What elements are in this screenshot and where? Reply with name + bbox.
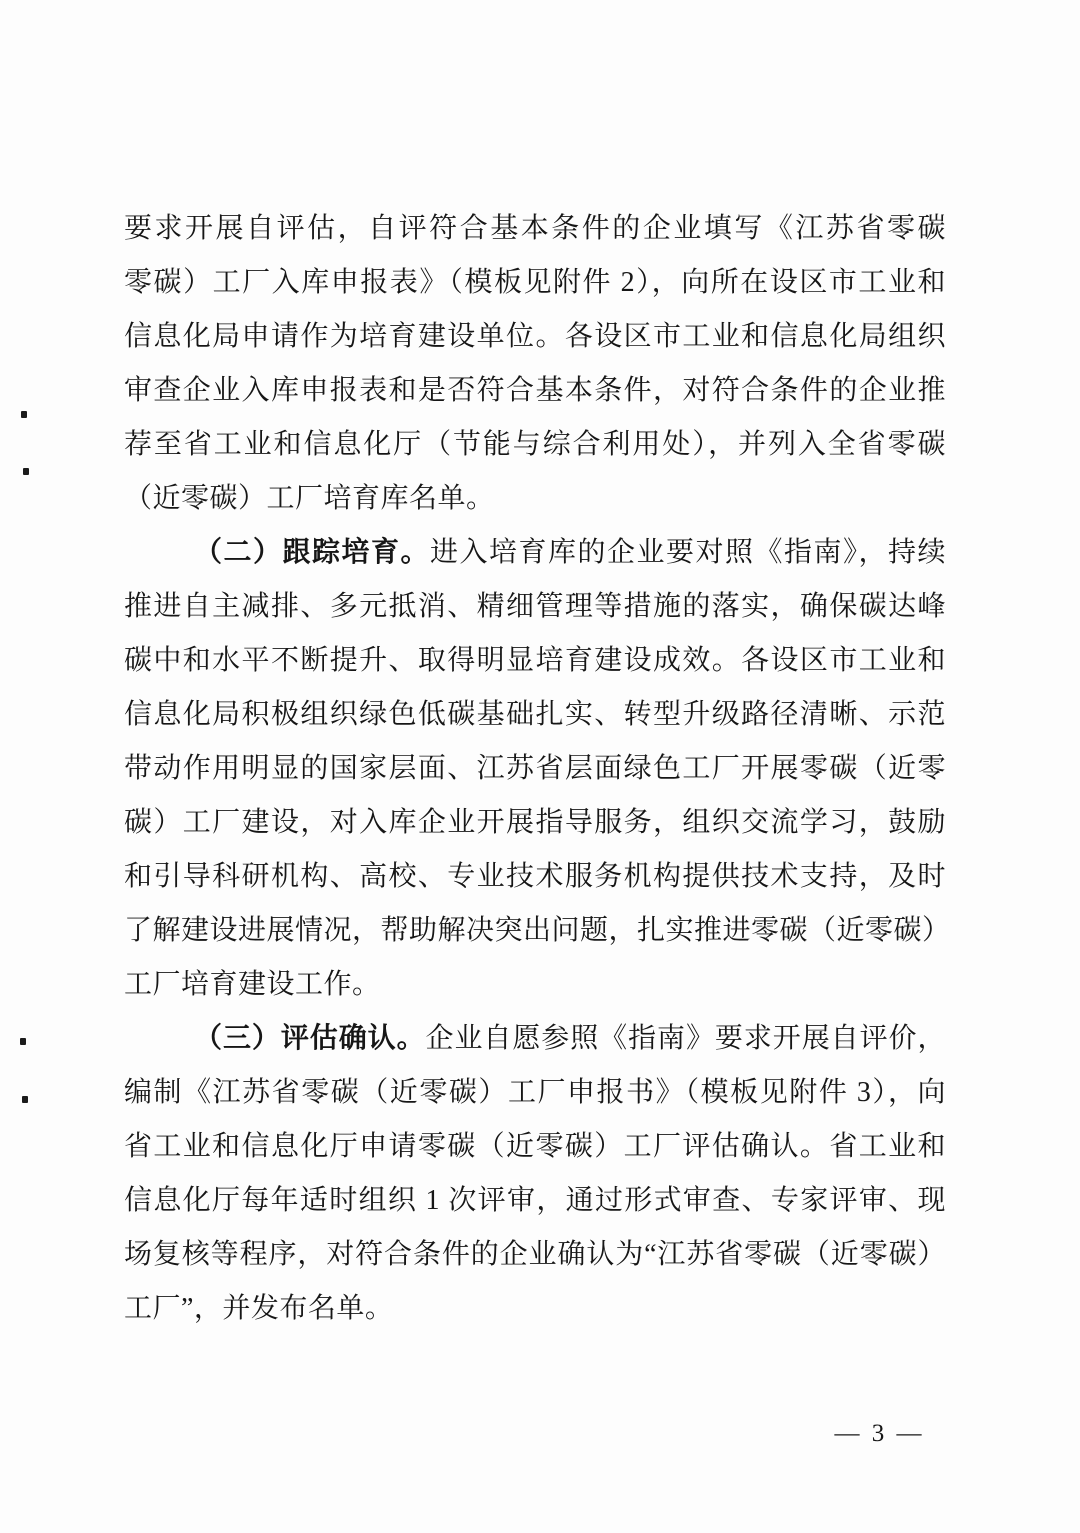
margin-dot [21, 411, 27, 418]
text-line: 碳）工厂建设，对入库企业开展指导服务，组织交流学习，鼓励 [124, 796, 946, 850]
page-number: — 3 — [822, 1418, 937, 1450]
text-line: 审查企业入库申报表和是否符合基本条件，对符合条件的企业推 [124, 364, 946, 418]
margin-dot [22, 1096, 28, 1103]
text-line: 荐至省工业和信息化厅（节能与综合利用处），并列入全省零碳 [124, 418, 946, 472]
line-text: 碳中和水平不断提升、取得明显培育建设成效。各设区市工业和 [124, 645, 946, 676]
line-text: 零碳）工厂入库申报表》（模板见附件 2），向所在设区市工业和 [124, 267, 946, 298]
text-line: （二）跟踪培育。进入培育库的企业要对照《指南》，持续 [124, 526, 946, 580]
line-text: 编制《江苏省零碳（近零碳）工厂申报书》（模板见附件 3），向 [124, 1077, 946, 1108]
text-line: （三）评估确认。企业自愿参照《指南》要求开展自评价， [124, 1012, 946, 1066]
text-line: 碳中和水平不断提升、取得明显培育建设成效。各设区市工业和 [124, 634, 946, 688]
text-line: （近零碳）工厂培育库名单。 [124, 472, 946, 526]
document-body: 要求开展自评估，自评符合基本条件的企业填写《江苏省零碳（近 零碳）工厂入库申报表… [124, 202, 946, 1336]
document-page: 要求开展自评估，自评符合基本条件的企业填写《江苏省零碳（近 零碳）工厂入库申报表… [0, 0, 1080, 1533]
line-text: 审查企业入库申报表和是否符合基本条件，对符合条件的企业推 [124, 375, 946, 406]
paragraph-heading: （三）评估确认。 [194, 1023, 426, 1054]
line-text: 省工业和信息化厅申请零碳（近零碳）工厂评估确认。省工业和 [124, 1131, 946, 1162]
text-line: 编制《江苏省零碳（近零碳）工厂申报书》（模板见附件 3），向 [124, 1066, 946, 1120]
line-text: 要求开展自评估，自评符合基本条件的企业填写《江苏省零碳（近 [124, 213, 946, 256]
text-line: 推进自主减排、多元抵消、精细管理等措施的落实，确保碳达峰 [124, 580, 946, 634]
line-text: 信息化局申请作为培育建设单位。各设区市工业和信息化局组织 [124, 321, 946, 352]
paragraph-heading: （二）跟踪培育。 [194, 537, 430, 568]
line-text: 进入培育库的企业要对照《指南》，持续 [430, 537, 946, 568]
margin-dot [20, 1038, 26, 1045]
line-text: 推进自主减排、多元抵消、精细管理等措施的落实，确保碳达峰 [124, 591, 946, 622]
line-text: 碳）工厂建设，对入库企业开展指导服务，组织交流学习，鼓励 [124, 807, 946, 838]
line-text: （近零碳）工厂培育库名单。 [124, 483, 495, 514]
line-text: 企业自愿参照《指南》要求开展自评价， [426, 1023, 946, 1054]
line-text: 场复核等程序，对符合条件的企业确认为“江苏省零碳（近零碳） [124, 1239, 946, 1270]
line-text: 和引导科研机构、高校、专业技术服务机构提供技术支持，及时 [124, 861, 946, 892]
line-text: 信息化局积极组织绿色低碳基础扎实、转型升级路径清晰、示范 [124, 699, 946, 730]
text-line: 零碳）工厂入库申报表》（模板见附件 2），向所在设区市工业和 [124, 256, 946, 310]
text-line: 工厂”，并发布名单。 [124, 1282, 946, 1336]
line-text: 信息化厅每年适时组织 1 次评审，通过形式审查、专家评审、现 [124, 1185, 946, 1216]
text-line: 信息化局积极组织绿色低碳基础扎实、转型升级路径清晰、示范 [124, 688, 946, 742]
line-text: 工厂培育建设工作。 [124, 969, 381, 1000]
text-line: 工厂培育建设工作。 [124, 958, 946, 1012]
text-line: 省工业和信息化厅申请零碳（近零碳）工厂评估确认。省工业和 [124, 1120, 946, 1174]
text-line: 和引导科研机构、高校、专业技术服务机构提供技术支持，及时 [124, 850, 946, 904]
line-text: 荐至省工业和信息化厅（节能与综合利用处），并列入全省零碳 [124, 429, 946, 460]
text-line: 带动作用明显的国家层面、江苏省层面绿色工厂开展零碳（近零 [124, 742, 946, 796]
text-line: 要求开展自评估，自评符合基本条件的企业填写《江苏省零碳（近 [124, 202, 946, 256]
text-line: 信息化厅每年适时组织 1 次评审，通过形式审查、专家评审、现 [124, 1174, 946, 1228]
margin-dot [23, 468, 29, 475]
line-text: 带动作用明显的国家层面、江苏省层面绿色工厂开展零碳（近零 [124, 753, 946, 784]
line-text: 工厂”，并发布名单。 [124, 1293, 393, 1324]
line-text: 了解建设进展情况，帮助解决突出问题，扎实推进零碳（近零碳） [124, 915, 946, 946]
text-line: 信息化局申请作为培育建设单位。各设区市工业和信息化局组织 [124, 310, 946, 364]
text-line: 了解建设进展情况，帮助解决突出问题，扎实推进零碳（近零碳） [124, 904, 946, 958]
text-line: 场复核等程序，对符合条件的企业确认为“江苏省零碳（近零碳） [124, 1228, 946, 1282]
